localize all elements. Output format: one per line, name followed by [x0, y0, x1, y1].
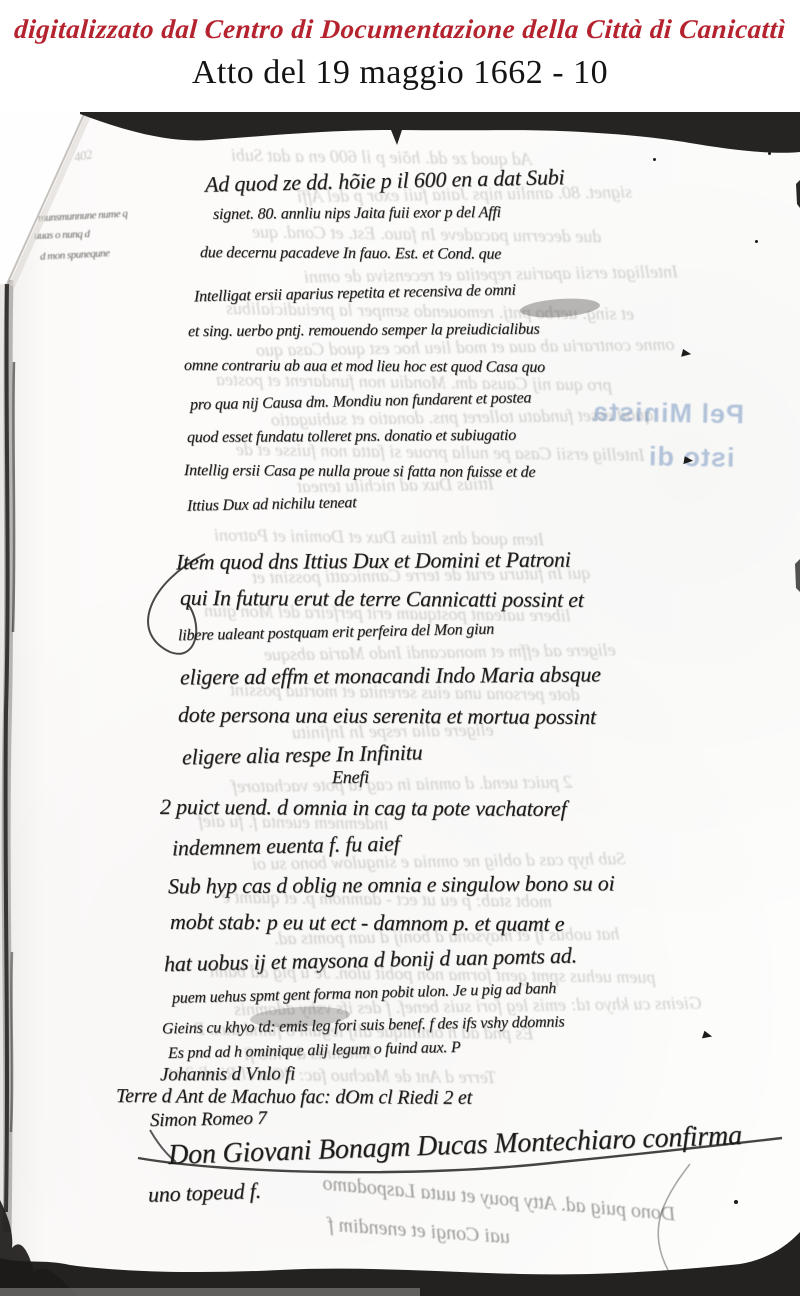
- digitization-credit: digitalizzato dal Centro di Documentazio…: [0, 14, 800, 45]
- ink-speck: [653, 158, 656, 161]
- ink-speck: [755, 240, 758, 243]
- reverse-bleed-line: uai Congi et enendim f: [327, 1214, 510, 1250]
- ink-speck: [734, 1200, 738, 1204]
- manuscript-scan: 402munsmunnune nume quuas o nunq dd mon …: [0, 112, 800, 1296]
- ink-speck: [683, 456, 693, 465]
- reverse-bleed-layer: Dono puig ad. Atty pouy et uuta Laspodam…: [0, 112, 800, 1296]
- page-header: digitalizzato dal Centro di Documentazio…: [0, 0, 800, 92]
- ink-speck: [768, 152, 771, 155]
- document-title: Atto del 19 maggio 1662 - 10: [0, 54, 800, 92]
